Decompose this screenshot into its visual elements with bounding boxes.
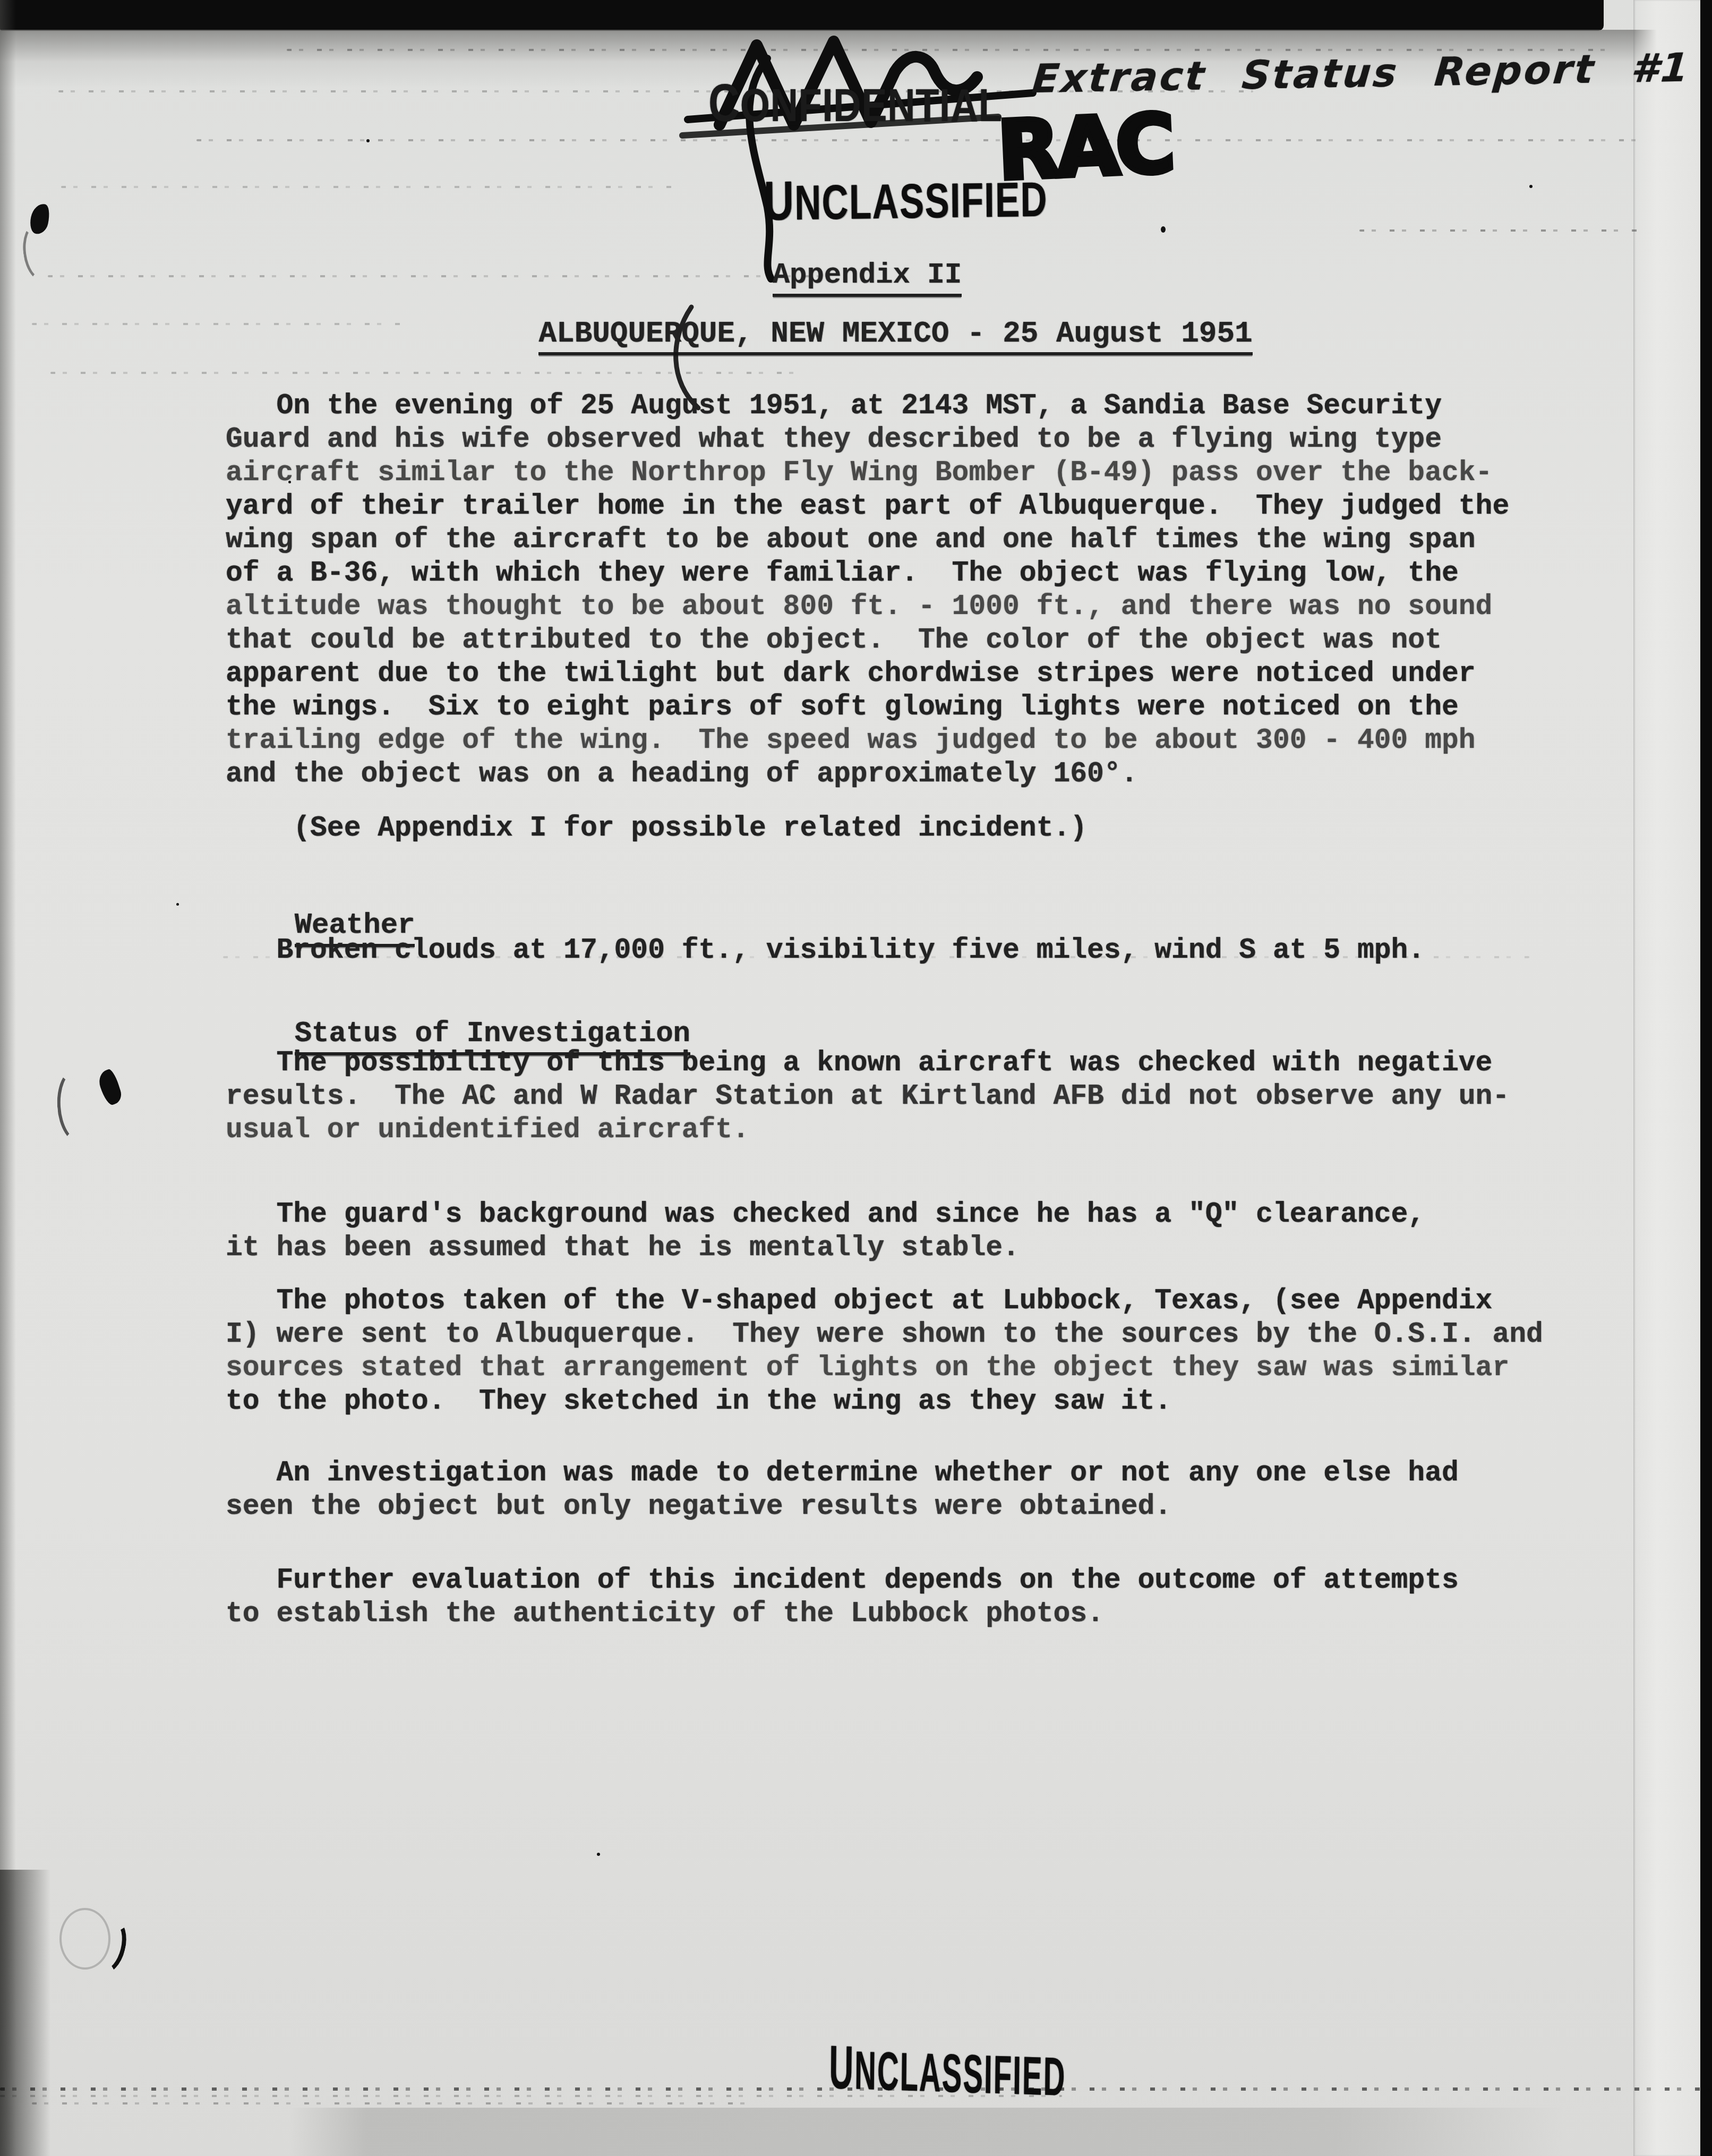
text-line: to the photo. They sketched in the wing …: [226, 1385, 1543, 1418]
text-line: The photos taken of the V-shaped object …: [226, 1284, 1543, 1318]
text-line: The guard's background was checked and s…: [226, 1198, 1425, 1231]
scan-shadow-left-bottom: [0, 1870, 50, 2156]
text-line: it has been assumed that he is mentally …: [226, 1231, 1425, 1265]
noise-line: [32, 323, 404, 325]
scan-edge-right: [1700, 0, 1712, 2156]
text-line: usual or unidentified aircraft.: [226, 1113, 1509, 1147]
weather-text: Broken clouds at 17,000 ft., visibility …: [226, 934, 1425, 967]
unclassified-stamp-top: UNCLASSIFIED: [764, 166, 1048, 233]
text-line: that could be attributed to the object. …: [226, 624, 1509, 657]
ink-speckle: [1161, 226, 1166, 233]
text-line: yard of their trailer home in the east p…: [226, 490, 1509, 523]
text-line: sources stated that arrangement of light…: [226, 1351, 1543, 1385]
scan-shadow-left: [0, 0, 16, 2156]
status-paragraph-2: The guard's background was checked and s…: [226, 1198, 1425, 1265]
text-line: The possibility of this being a known ai…: [226, 1046, 1509, 1080]
noise-line: [32, 2102, 749, 2104]
text-line: the wings. Six to eight pairs of soft gl…: [226, 691, 1509, 724]
status-paragraph-5: Further evaluation of this incident depe…: [226, 1564, 1459, 1631]
ink-speckle: [597, 1853, 600, 1856]
text-line: of a B-36, with which they were familiar…: [226, 557, 1509, 590]
ink-speckle: [1529, 185, 1533, 188]
scanned-document-page: CONFIDENTIAL Extract Status Report #1 RA…: [0, 0, 1712, 2156]
related-incident-note: (See Appendix I for possible related inc…: [226, 812, 1087, 845]
status-paragraph-1: The possibility of this being a known ai…: [226, 1046, 1509, 1147]
text-line: Further evaluation of this incident depe…: [226, 1564, 1459, 1597]
page-title-text: ALBUQUERQUE, NEW MEXICO - 25 August 1951: [538, 317, 1252, 355]
noise-line: [1359, 229, 1641, 232]
status-paragraph-4: An investigation was made to determine w…: [226, 1456, 1459, 1523]
text-line: and the object was on a heading of appro…: [226, 757, 1509, 791]
text-line: wing span of the aircraft to be about on…: [226, 523, 1509, 557]
main-paragraph: On the evening of 25 August 1951, at 214…: [226, 389, 1509, 791]
text-line: An investigation was made to determine w…: [226, 1456, 1459, 1490]
text-line: seen the object but only negative result…: [226, 1490, 1459, 1523]
text-line: trailing edge of the wing. The speed was…: [226, 724, 1509, 757]
text-line: apparent due to the twilight but dark ch…: [226, 657, 1509, 691]
unclassified-stamp-bottom: UNCLASSIFIED: [829, 2032, 1066, 2110]
text-line: I) were sent to Albuquerque. They were s…: [226, 1318, 1543, 1351]
text-line: aircraft similar to the Northrop Fly Win…: [226, 456, 1509, 490]
pen-paren-mark: [55, 1068, 100, 1145]
scan-band-bottom: [289, 2108, 1564, 2156]
ink-speckle: [176, 903, 179, 906]
text-line: results. The AC and W Radar Station at K…: [226, 1080, 1509, 1113]
pen-paren-mark: [20, 221, 61, 284]
ink-blob: [96, 1068, 124, 1106]
text-line: Guard and his wife observed what they de…: [226, 423, 1509, 456]
noise-line: [61, 186, 672, 188]
confidential-stamp: CONFIDENTIAL: [708, 73, 1003, 134]
text-line: On the evening of 25 August 1951, at 214…: [226, 389, 1509, 423]
page-title: ALBUQUERQUE, NEW MEXICO - 25 August 1951: [467, 284, 1253, 389]
text-line: altitude was thought to be about 800 ft.…: [226, 590, 1509, 624]
scan-edge-right-paper: [1633, 0, 1700, 2156]
status-paragraph-3: The photos taken of the V-shaped object …: [226, 1284, 1543, 1418]
text-line: to establish the authenticity of the Lub…: [226, 1597, 1459, 1631]
ink-speckle: [366, 139, 370, 142]
